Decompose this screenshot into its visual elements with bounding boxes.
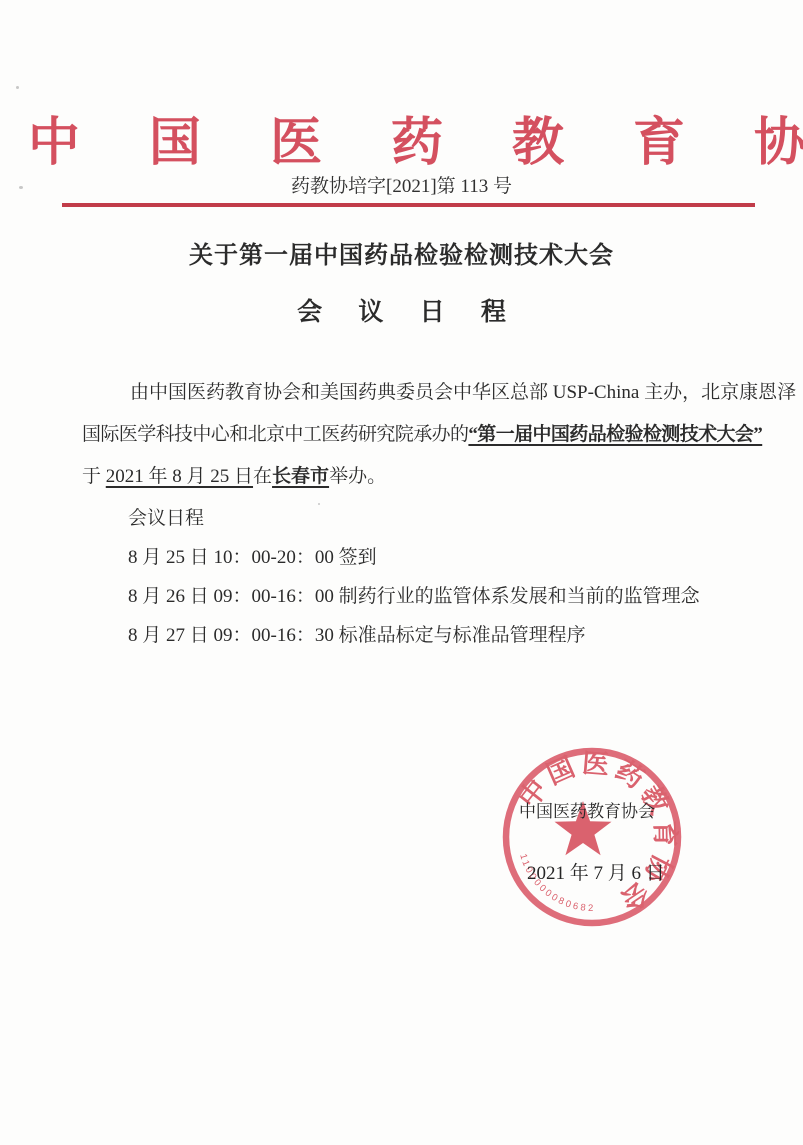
issuing-org-name: 中 国 医 药 教 育 协 会	[0, 100, 803, 175]
scan-speck	[318, 503, 320, 505]
body-paragraph: 由中国医药教育协会和美国药典委员会中华区总部 USP-China 主办，北京康恩…	[82, 372, 772, 498]
document-number: 药教协培字[2021]第 113 号	[0, 171, 803, 198]
scanned-document-page: 中 国 医 药 教 育 协 会 药教协培字[2021]第 113 号 关于第一届…	[0, 0, 803, 1145]
conference-name-emphasis: “第一届中国药品检验检测技术大会”	[468, 424, 762, 445]
body-line-1: 由中国医药教育协会和美国药典委员会中华区总部 USP-China 主办，北京康恩…	[82, 372, 772, 414]
scan-speck	[16, 86, 19, 89]
body-line-3-suffix: 举办。	[329, 466, 386, 487]
body-line-3-mid: 在	[253, 466, 272, 487]
official-red-seal: 中国医药教育协会 1100000080682	[497, 745, 687, 935]
body-line-2: 国际医学科技中心和北京中工医药研究院承办的“第一届中国药品检验检测技术大会”	[82, 414, 772, 456]
document-title: 关于第一届中国药品检验检测技术大会	[0, 235, 803, 270]
agenda-item-day3: 8 月 27 日 09：00-16：30 标准品标定与标准品管理程序	[128, 620, 586, 647]
signature-date: 2021 年 7 月 6 日	[527, 858, 665, 885]
document-subtitle: 会 议 日 程	[0, 292, 803, 328]
signature-org-name: 中国医药教育协会	[519, 797, 655, 822]
event-city-underlined: 长春市	[272, 466, 329, 487]
agenda-item-day1: 8 月 25 日 10：00-20：00 签到	[128, 542, 377, 569]
agenda-item-day2: 8 月 26 日 09：00-16：00 制药行业的监管体系发展和当前的监管理念	[128, 581, 700, 608]
agenda-heading: 会议日程	[128, 503, 204, 530]
red-divider-rule	[62, 203, 755, 207]
body-line-3-prefix: 于	[82, 466, 106, 487]
body-line-2-prefix: 国际医学科技中心和北京中工医药研究院承办的	[82, 424, 468, 445]
body-line-3: 于 2021 年 8 月 25 日在长春市举办。	[82, 456, 772, 498]
event-date-underlined: 2021 年 8 月 25 日	[106, 466, 253, 487]
